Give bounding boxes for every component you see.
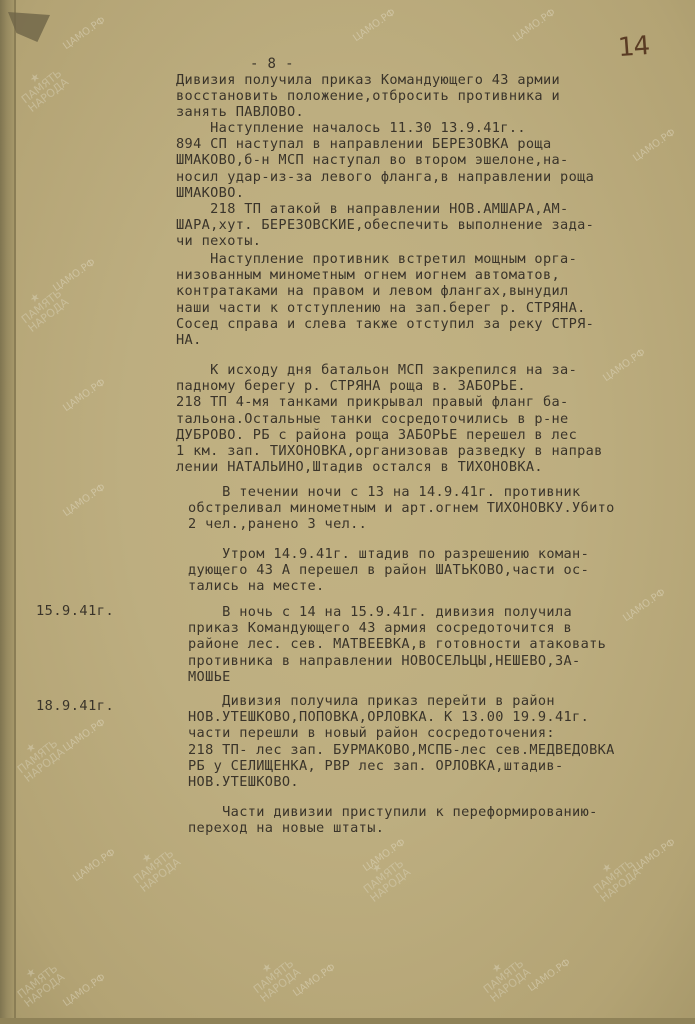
watermark-tsamo: ЦАМО.РФ xyxy=(61,972,107,1009)
watermark-tsamo: ЦАМО.РФ xyxy=(61,377,107,414)
paragraph-night-shelling: В течении ночи с 13 на 14.9.41г. противн… xyxy=(188,484,615,533)
watermark-pamyat-naroda: ★ПАМЯТЬНАРОДА xyxy=(125,839,183,894)
watermark-tsamo: ЦАМО.РФ xyxy=(601,347,647,384)
paragraph-15-9-order: В ночь с 14 на 15.9.41г. дивизия получил… xyxy=(188,604,606,685)
page-number: - 8 - xyxy=(250,56,294,72)
paragraph-order: Дивизия получила приказ Командующего 43 … xyxy=(176,72,560,121)
binding-edge xyxy=(14,0,16,1024)
watermark-tsamo: ЦАМО.РФ xyxy=(361,837,407,874)
watermark-tsamo: ЦАМО.РФ xyxy=(526,957,572,994)
watermark-pamyat-naroda: ★ПАМЯТЬНАРОДА xyxy=(13,59,71,114)
paragraph-18-9-order: Дивизия получила приказ перейти в район … xyxy=(188,693,615,790)
watermark-tsamo: ЦАМО.РФ xyxy=(351,7,397,44)
watermark-tsamo: ЦАМО.РФ xyxy=(61,15,107,52)
paragraph-end-of-day: К исходу дня батальон МСП закрепился на … xyxy=(176,362,603,475)
watermark-pamyat-naroda: ★ПАМЯТЬНАРОДА xyxy=(245,949,303,1004)
watermark-pamyat-naroda: ★ПАМЯТЬНАРОДА xyxy=(475,949,533,1004)
watermark-tsamo: ЦАМО.РФ xyxy=(621,587,667,624)
watermark-pamyat-naroda: ★ПАМЯТЬНАРОДА xyxy=(9,954,67,1009)
watermark-pamyat-naroda: ★ПАМЯТЬНАРОДА xyxy=(9,729,67,784)
date-label-15-9-41: 15.9.41г. xyxy=(36,603,114,619)
paragraph-enemy-resistance: Наступление противник встретил мощным ор… xyxy=(176,251,594,348)
paragraph-tank-regiment: 218 ТП атакой в направлении НОВ.АМШАРА,А… xyxy=(176,201,594,250)
watermark-tsamo: ЦАМО.РФ xyxy=(631,127,677,164)
watermark-pamyat-naroda: ★ПАМЯТЬНАРОДА xyxy=(355,849,413,904)
watermark-tsamo: ЦАМО.РФ xyxy=(631,837,677,874)
watermark-pamyat-naroda: ★ПАМЯТЬНАРОДА xyxy=(585,849,643,904)
watermark-tsamo: ЦАМО.РФ xyxy=(51,257,97,294)
paragraph-offensive-start: Наступление началось 11.30 13.9.41г.. 89… xyxy=(176,120,594,201)
paragraph-morning-hq-move: Утром 14.9.41г. штадив по разрешению ком… xyxy=(188,546,589,595)
watermark-tsamo: ЦАМО.РФ xyxy=(71,847,117,884)
date-label-18-9-41: 18.9.41г. xyxy=(36,698,114,714)
folio-number: 14 xyxy=(617,31,650,63)
document-page: ЦАМО.РФ ЦАМО.РФ ЦАМО.РФ ЦАМО.РФ ЦАМО.РФ … xyxy=(0,0,695,1024)
page-bottom-edge xyxy=(0,1018,695,1024)
watermark-tsamo: ЦАМО.РФ xyxy=(61,717,107,754)
watermark-tsamo: ЦАМО.РФ xyxy=(61,482,107,519)
watermark-tsamo: ЦАМО.РФ xyxy=(511,7,557,44)
paragraph-reformation: Части дивизии приступили к переформирова… xyxy=(188,804,598,836)
binding-strip xyxy=(0,0,14,1024)
watermark-tsamo: ЦАМО.РФ xyxy=(291,962,337,999)
watermark-pamyat-naroda: ★ПАМЯТЬНАРОДА xyxy=(13,279,71,334)
